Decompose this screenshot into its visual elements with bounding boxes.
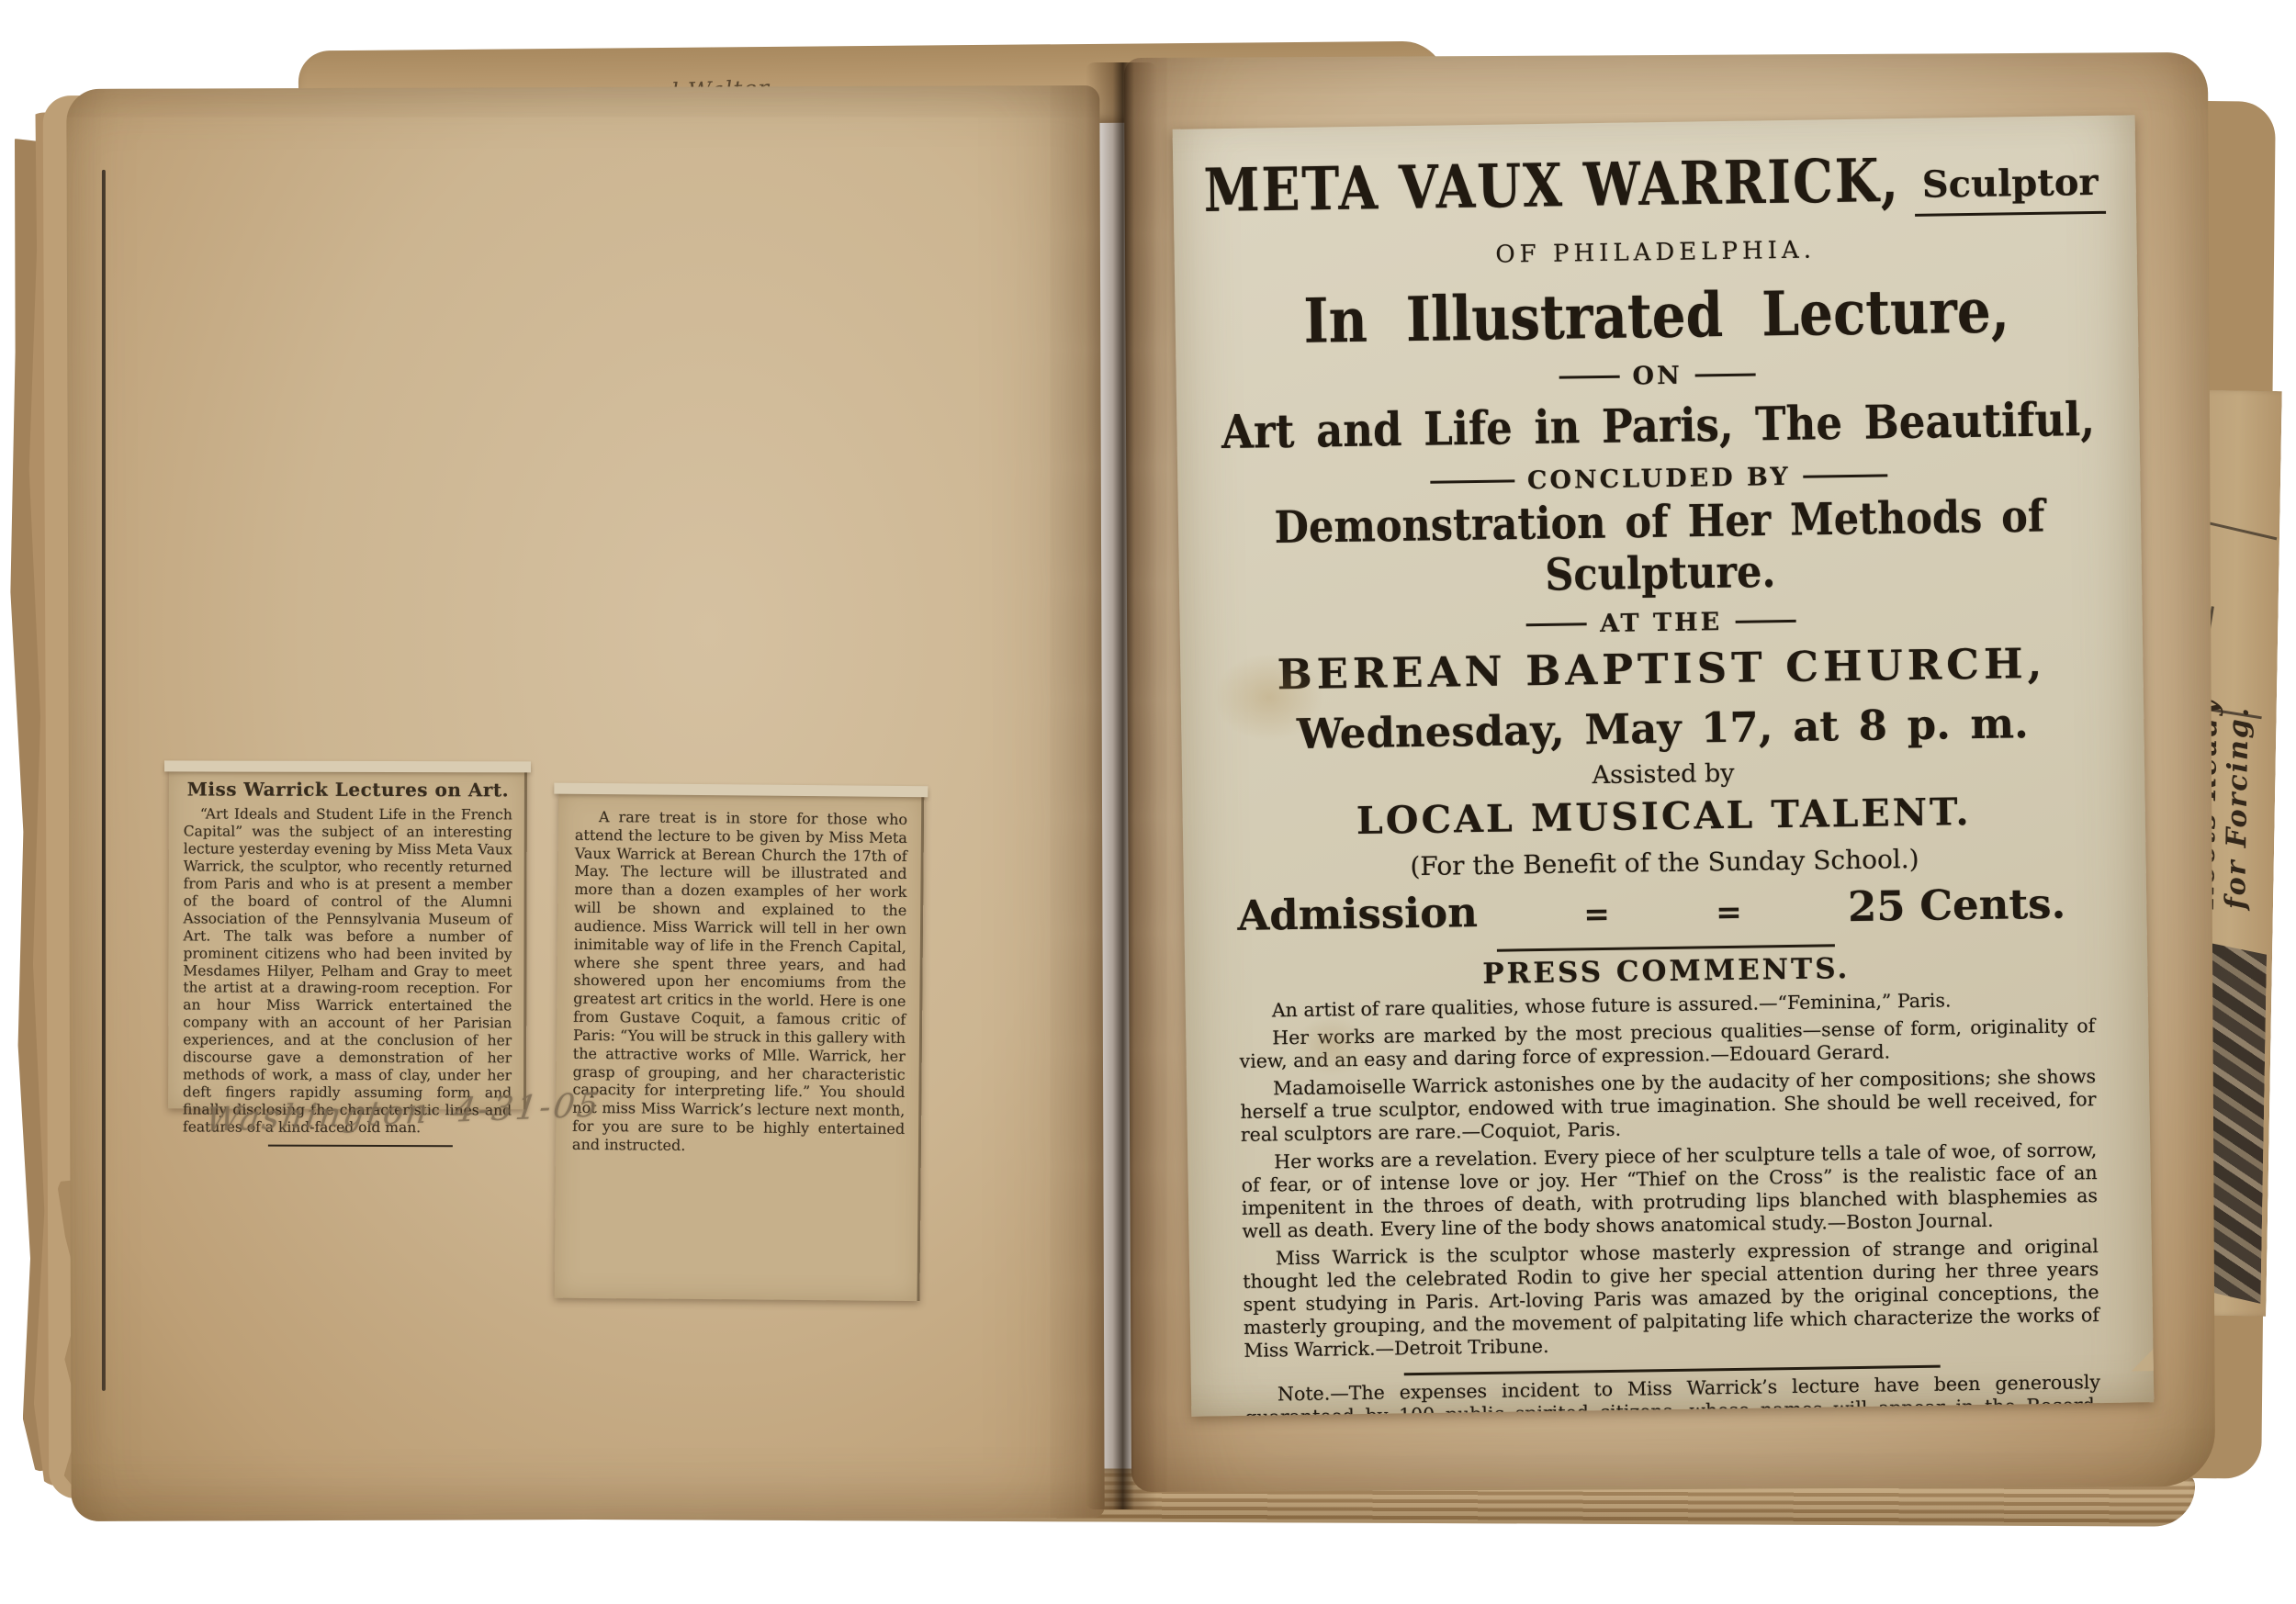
- poster-lecture-line: In Illustrated Lecture,: [1175, 273, 2138, 359]
- admission-label: Admission: [1237, 888, 1478, 940]
- rule-dash: [1430, 479, 1514, 483]
- poster-at-the-row: AT THE: [1179, 601, 2142, 645]
- press-comment: Her works are a revelation. Every piece …: [1241, 1139, 2098, 1243]
- poster-topic: Art and Life in Paris, The Beautiful,: [1176, 391, 2140, 460]
- scrapbook-scan: and Walter leader Roots Ready for Forcin…: [0, 0, 2296, 1604]
- press-comments-overline: [1497, 944, 1835, 951]
- rule-dash: [1559, 376, 1620, 379]
- clipping1-body: “Art Ideals and Student Life in the Fren…: [183, 806, 512, 1137]
- poster-benefit: (For the Benefit of the Sunday School.): [1183, 840, 2145, 885]
- right-page: META VAUX WARRICK, Sculptor OF PHILADELP…: [1124, 52, 2215, 1492]
- poster-demonstration: Demonstration of Her Methods of Sculptur…: [1178, 489, 2143, 607]
- poster-at-the-label: AT THE: [1600, 608, 1723, 638]
- press-comment: Madamoiselle Warrick astonishes one by t…: [1240, 1065, 2097, 1147]
- admission-equals: =: [1583, 896, 1610, 933]
- lecture-poster: META VAUX WARRICK, Sculptor OF PHILADELP…: [1173, 115, 2155, 1416]
- left-page: Miss Warrick Lectures on Art. “Art Ideal…: [66, 85, 1104, 1521]
- left-page-dark-line: [102, 170, 106, 1391]
- admission-equals: =: [1716, 894, 1742, 931]
- rule-dash: [1526, 623, 1587, 626]
- poster-subtitle: OF PHILADELPHIA.: [1175, 231, 2137, 274]
- rule-dash: [1804, 474, 1888, 477]
- rule-dash: [1735, 620, 1795, 623]
- poster-concluded-label: CONCLUDED BY: [1527, 463, 1791, 495]
- clipping-rare-treat: A rare treat is in store for those who a…: [555, 790, 925, 1301]
- poster-title: META VAUX WARRICK,: [1203, 144, 1900, 225]
- poster-title-row: META VAUX WARRICK, Sculptor: [1182, 151, 2127, 232]
- clipping-warrick-lectures-on-art: Miss Warrick Lectures on Art. “Art Ideal…: [168, 767, 527, 1109]
- poster-venue: BEREAN BAPTIST CHURCH,: [1180, 637, 2144, 701]
- clipping1-title: Miss Warrick Lectures on Art.: [184, 778, 512, 801]
- rule-dash: [1695, 373, 1756, 376]
- poster-title-suffix: Sculptor: [1914, 161, 2106, 217]
- poster-on-row: ON: [1176, 354, 2138, 398]
- fragment-vertical-line2: for Forcing.: [2221, 615, 2255, 910]
- poster-dogear: [2131, 1347, 2154, 1371]
- poster-on-label: ON: [1632, 362, 1683, 391]
- admission-price: 25 Cents.: [1848, 880, 2066, 932]
- clipping2-body: A rare treat is in store for those who a…: [572, 808, 907, 1157]
- poster-admission-row: Admission = = 25 Cents.: [1184, 878, 2147, 941]
- poster-talent: LOCAL MUSICAL TALENT.: [1182, 787, 2145, 846]
- press-comment: Miss Warrick is the sculptor whose maste…: [1243, 1235, 2100, 1363]
- poster-datetime: Wednesday, May 17, at 8 p. m.: [1181, 697, 2144, 760]
- poster-note: Note.—The expenses incident to Miss Warr…: [1244, 1371, 2101, 1417]
- clipping1-end-rule: [268, 1144, 452, 1147]
